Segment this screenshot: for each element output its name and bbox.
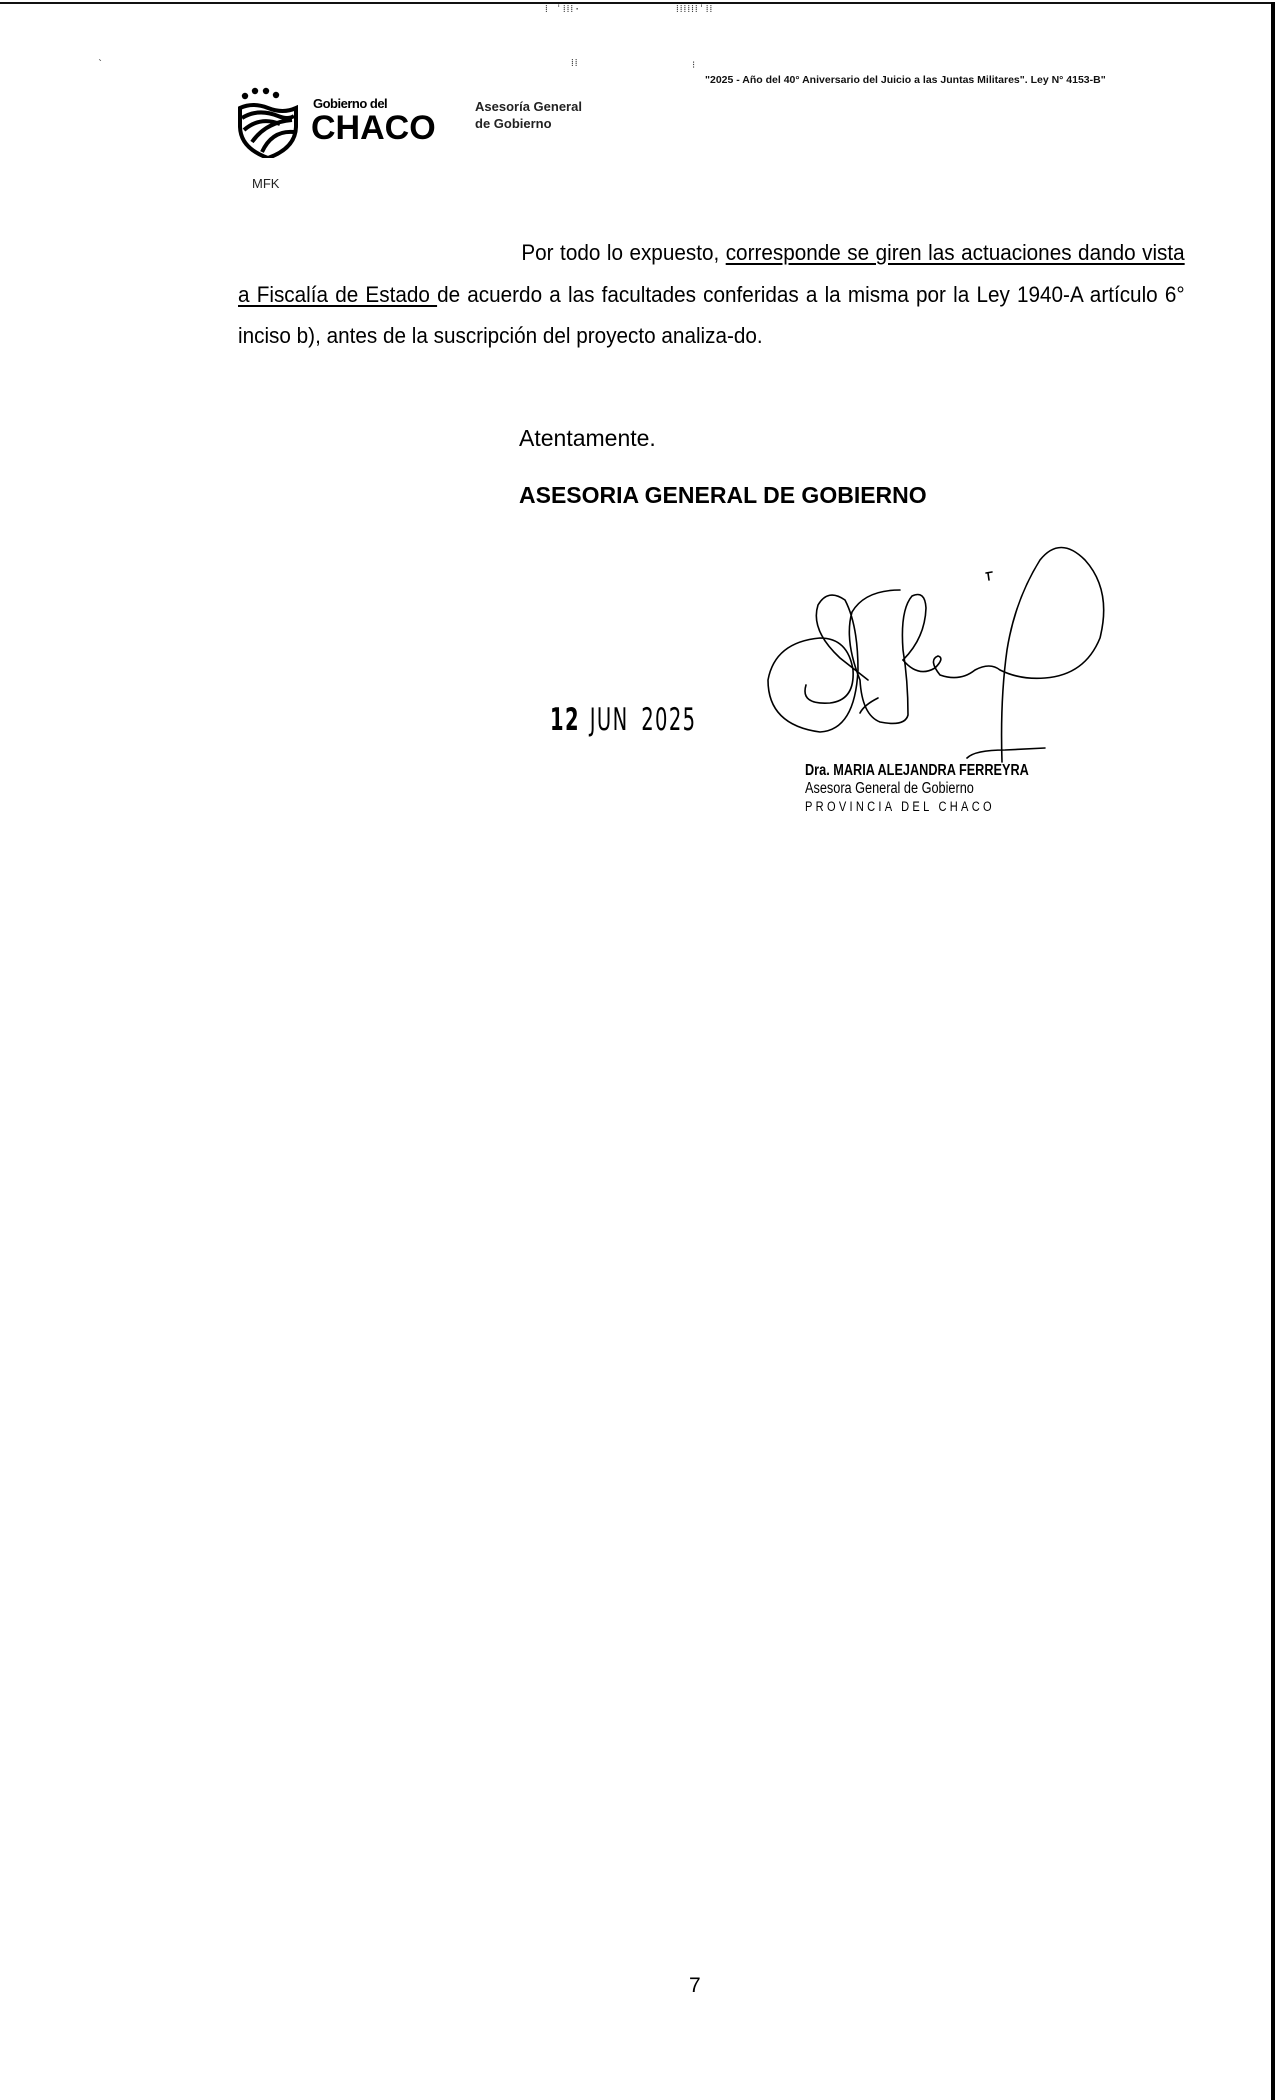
- scan-artifact: ⁞ ˈ⁞⁞⁞·: [545, 4, 581, 15]
- signer-name: Dra. MARIA ALEJANDRA FERREYRA: [805, 762, 1029, 780]
- agency-line-1: Asesoría General: [475, 98, 582, 115]
- scan-artifact: ⁝: [692, 60, 696, 71]
- author-initials: MFK: [252, 176, 279, 191]
- signer-title: Asesora General de Gobierno: [805, 780, 1029, 798]
- agency-line-2: de Gobierno: [475, 115, 582, 132]
- page-number: 7: [689, 1974, 701, 1998]
- signer-block: Dra. MARIA ALEJANDRA FERREYRA Asesora Ge…: [805, 762, 1029, 816]
- body-paragraph: Por todo lo expuesto, corresponde se gir…: [238, 232, 1185, 357]
- date-stamp: 12JUN2025: [550, 702, 696, 738]
- stamp-month: JUN: [590, 702, 629, 738]
- signing-organization: ASESORIA GENERAL DE GOBIERNO: [519, 482, 927, 509]
- scan-artifact: ˎ: [97, 50, 104, 61]
- handwritten-signature: [760, 530, 1140, 765]
- stamp-day: 12: [550, 702, 580, 738]
- stamp-year: 2025: [641, 702, 696, 738]
- agency-name: Asesoría General de Gobierno: [475, 98, 582, 132]
- scan-artifact: ⁞⁞⁞⁞⁞⁞ˈ⁞⁞: [676, 4, 713, 15]
- logo-text-chaco: CHACO: [311, 108, 436, 148]
- chaco-shield-icon: [238, 86, 298, 158]
- body-lead: Por todo lo expuesto,: [521, 240, 725, 265]
- closing-salutation: Atentamente.: [519, 425, 656, 452]
- year-motto: "2025 - Año del 40° Aniversario del Juic…: [705, 74, 1106, 86]
- scan-artifact: ⁞⁞: [571, 58, 579, 69]
- scan-right-edge: [1271, 2, 1275, 2100]
- scan-top-edge: [0, 2, 1275, 4]
- signer-province: PROVINCIA DEL CHACO: [805, 798, 1029, 816]
